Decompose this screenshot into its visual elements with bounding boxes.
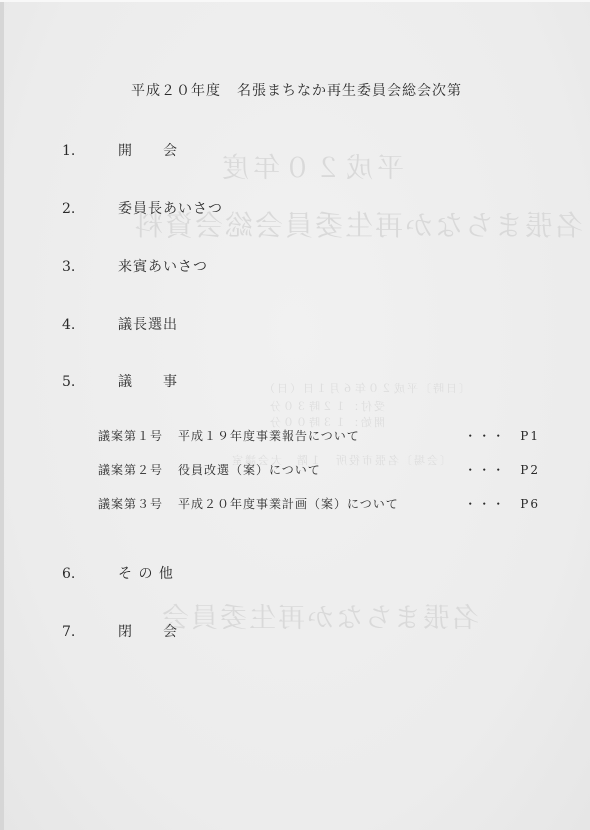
agenda-label: 議長選出: [118, 317, 178, 333]
agenda-number: 3.: [62, 259, 118, 275]
proposal-code: 議案第１号: [98, 427, 178, 444]
page-reference: ・・・P2: [464, 461, 540, 478]
agenda-number: 1.: [62, 143, 118, 159]
agenda-item-2: 2.委員長あいさつ: [62, 198, 223, 218]
agenda-item-5: 5.議 事: [62, 371, 178, 391]
document-title: 平成２０年度名張まちなか再生委員会総会次第: [131, 80, 462, 100]
page-number: P2: [520, 463, 540, 477]
leader-dots: ・・・: [464, 497, 506, 511]
leader-dots: ・・・: [464, 463, 506, 477]
page-reference: ・・・P1: [464, 427, 540, 444]
agenda-number: 4.: [62, 317, 118, 333]
agenda-item-3: 3.来賓あいさつ: [62, 256, 208, 276]
page-number: P6: [520, 497, 540, 511]
page-reference: ・・・P6: [464, 495, 540, 512]
proposal-code: 議案第３号: [98, 495, 178, 512]
proposal-title: 役員改選（案）について: [178, 463, 321, 477]
agenda-label: 委員長あいさつ: [118, 201, 223, 217]
agenda-number: 7.: [62, 624, 118, 640]
proposal-row-3: 議案第３号平成２０年度事業計画（案）について ・・・P6: [98, 495, 548, 512]
agenda-item-6: 6.そ の 他: [62, 563, 174, 583]
page-edge: [0, 0, 4, 830]
proposal-title: 平成１９年度事業報告について: [178, 429, 360, 443]
agenda-label: 議 事: [118, 374, 178, 390]
agenda-item-4: 4.議長選出: [62, 314, 178, 334]
leader-dots: ・・・: [464, 429, 506, 443]
agenda-item-1: 1.開 会: [62, 140, 178, 160]
proposal-row-2: 議案第２号役員改選（案）について ・・・P2: [98, 461, 548, 478]
show-through-text: 〔日時〕平成２０年６月１日（日）: [262, 380, 470, 396]
title-year: 平成２０年度: [131, 83, 221, 99]
page-number: P1: [520, 429, 540, 443]
show-through-text: 受付：１２時３０分: [268, 398, 385, 414]
agenda-label: 開 会: [118, 143, 178, 159]
proposal-title: 平成２０年度事業計画（案）について: [178, 497, 399, 511]
proposal-row-1: 議案第１号平成１９年度事業報告について ・・・P1: [98, 427, 548, 444]
show-through-text: 名張まちなか再生委員会: [160, 596, 479, 635]
agenda-number: 6.: [62, 566, 118, 582]
page-edge-top: [0, 0, 590, 2]
agenda-label: 来賓あいさつ: [118, 259, 208, 275]
agenda-label: 閉 会: [118, 624, 178, 640]
title-main: 名張まちなか再生委員会総会次第: [237, 83, 462, 99]
agenda-number: 5.: [62, 374, 118, 390]
scanned-page: 平成２０年度 名張まちなか再生委員会総会資料 〔日時〕平成２０年６月１日（日） …: [0, 0, 590, 830]
show-through-text: 平成２０年度: [218, 146, 404, 185]
agenda-item-7: 7.閉 会: [62, 621, 178, 641]
proposal-code: 議案第２号: [98, 461, 178, 478]
agenda-label: そ の 他: [118, 566, 174, 582]
agenda-number: 2.: [62, 201, 118, 217]
